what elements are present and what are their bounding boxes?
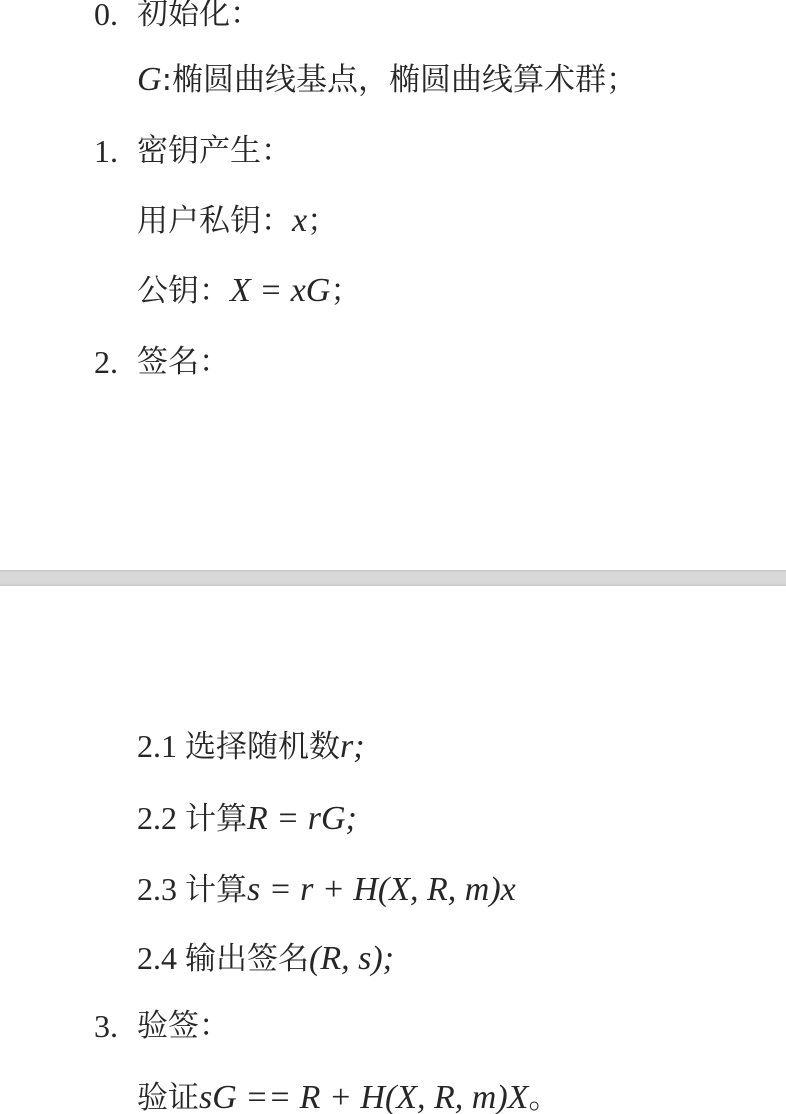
step-number: 1. xyxy=(94,131,118,171)
line-text: :椭圆曲线基点，椭圆曲线算术群； xyxy=(162,62,637,98)
line-label: 验证 xyxy=(137,1080,199,1114)
substep-2-1: 2.1选择随机数r; xyxy=(137,726,365,766)
math-expression: x xyxy=(292,202,307,239)
step-0-line-base-point: G:椭圆曲线基点，椭圆曲线算术群； xyxy=(137,60,637,100)
math-expression: r xyxy=(340,728,353,765)
substep-text: 输出签名 xyxy=(185,941,309,977)
math-expression: G xyxy=(137,61,162,98)
substep-text: 计算 xyxy=(185,801,247,837)
step-1-line-private-key: 用户私钥：x； xyxy=(137,201,338,241)
math-expression: (R, s) xyxy=(309,940,383,977)
line-suffix: ； xyxy=(307,203,338,239)
step-1-line-public-key: 公钥：X = xG； xyxy=(137,271,361,311)
line-label: 公钥： xyxy=(137,273,230,309)
step-number: 3. xyxy=(94,1006,118,1046)
math-expression: R = rG xyxy=(247,800,346,837)
substep-text: 选择随机数 xyxy=(185,729,340,765)
step-title: 密钥产生： xyxy=(137,131,292,171)
substep-text: 计算 xyxy=(185,872,247,908)
substep-2-4: 2.4输出签名(R, s); xyxy=(137,938,394,978)
substep-suffix: ; xyxy=(353,728,364,765)
step-3-line-verify: 验证sG == R + H(X, R, m)X。 xyxy=(137,1078,559,1114)
math-expression: X = xG xyxy=(230,272,330,309)
substep-suffix: ; xyxy=(346,800,357,837)
line-suffix: 。 xyxy=(528,1080,559,1114)
line-suffix: ； xyxy=(330,273,361,309)
step-number: 2. xyxy=(94,342,118,382)
line-label: 用户私钥： xyxy=(137,203,292,239)
page-top: 0. 初始化： G:椭圆曲线基点，椭圆曲线算术群； 1. 密钥产生： 用户私钥：… xyxy=(0,0,786,570)
substep-number: 2.2 xyxy=(137,800,177,836)
substep-number: 2.3 xyxy=(137,871,177,907)
math-expression: sG == R + H(X, R, m)X xyxy=(199,1079,528,1114)
page-separator xyxy=(0,570,786,586)
math-expression: s = r + H(X, R, m)x xyxy=(247,871,516,908)
step-title: 初始化： xyxy=(137,0,261,34)
step-title: 签名： xyxy=(137,342,230,382)
step-number: 0. xyxy=(94,0,118,34)
substep-2-3: 2.3计算s = r + H(X, R, m)x xyxy=(137,869,516,909)
substep-2-2: 2.2计算R = rG; xyxy=(137,798,357,838)
substep-number: 2.1 xyxy=(137,728,177,764)
page-bottom: 2.1选择随机数r; 2.2计算R = rG; 2.3计算s = r + H(X… xyxy=(0,586,786,1114)
substep-suffix: ; xyxy=(383,940,394,977)
substep-number: 2.4 xyxy=(137,940,177,976)
step-title: 验签： xyxy=(137,1006,230,1046)
